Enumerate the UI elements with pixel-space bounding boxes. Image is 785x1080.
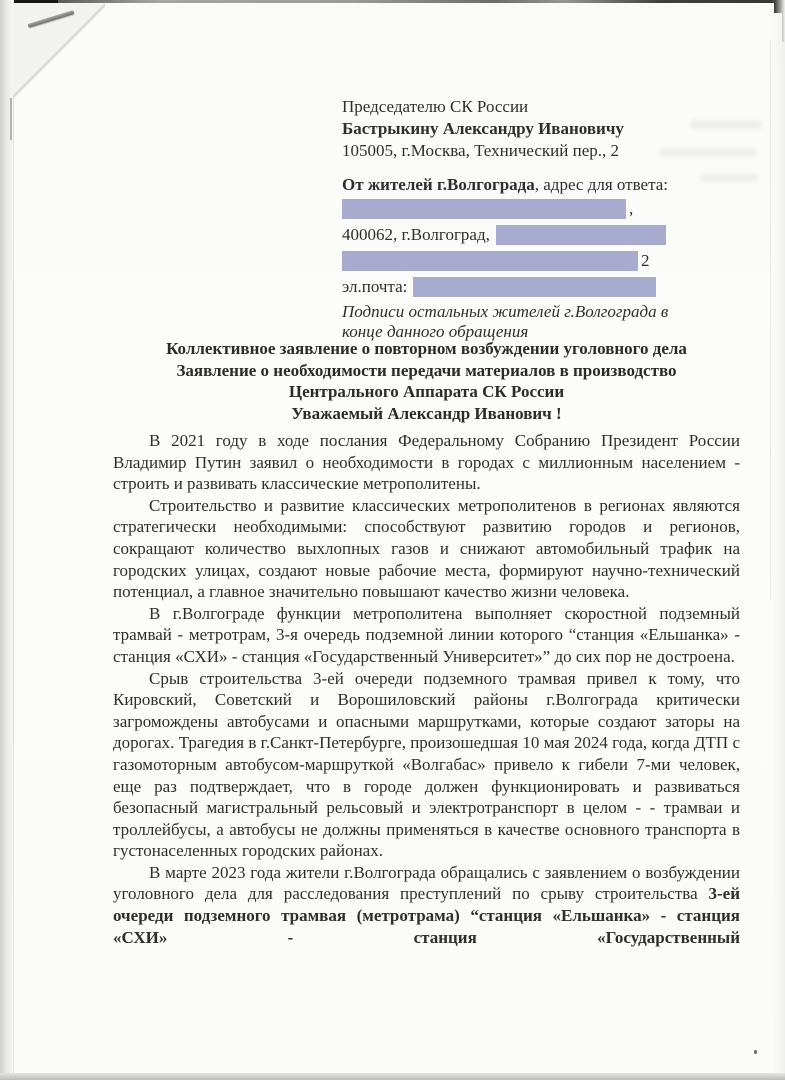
scanned-letter-page: Председателю СК России Бастрыкину Алекса… <box>0 0 785 1080</box>
redaction-bar <box>413 277 656 297</box>
redaction-suffix: , <box>629 198 633 220</box>
paragraph-2: Строительство и развитие классических ме… <box>113 495 740 603</box>
redaction-bar <box>342 199 626 219</box>
sender-city: 400062, г.Волгоград, <box>342 224 490 246</box>
paragraph-text: Срыв строительства 3-ей очереди подземно… <box>113 669 740 861</box>
scan-edge-right-line <box>770 40 771 600</box>
title-line-1: Коллективное заявление о повторном возбу… <box>113 338 740 360</box>
paragraph-text: В 2021 году в ходе послания Федеральному… <box>113 431 740 493</box>
redaction-bar <box>342 251 638 271</box>
recipient-name: Бастрыкину Александру Ивановичу <box>342 118 714 140</box>
paragraph-text: В марте 2023 года жители г.Волгограда об… <box>113 863 740 904</box>
scan-edge-bottom <box>0 1073 785 1080</box>
recipient-address-block: Председателю СК России Бастрыкину Алекса… <box>342 96 714 162</box>
sender-from-rest: , адрес для ответа: <box>535 175 668 194</box>
redaction-bar <box>496 225 666 245</box>
redacted-row-3: 2 <box>342 248 714 274</box>
signatures-note: Подписи остальных жителей г.Волгограда в… <box>342 302 694 342</box>
sender-from-line: От жителей г.Волгограда, адрес для ответ… <box>342 174 714 196</box>
salutation: Уважаемый Александр Иванович ! <box>113 404 740 424</box>
recipient-postal-address: 105005, г.Москва, Технический пер., 2 <box>342 140 714 162</box>
scan-edge-left <box>0 0 13 1080</box>
title-line-3: Центрального Аппарата СК России <box>113 381 740 403</box>
redacted-row-2: 400062, г.Волгоград, <box>342 222 714 248</box>
paragraph-3: В г.Волгограде функции метрополитена вып… <box>113 603 740 668</box>
scan-edge-left-scratch <box>10 98 12 140</box>
sender-address-block: От жителей г.Волгограда, адрес для ответ… <box>342 174 714 342</box>
recipient-title: Председателю СК России <box>342 96 714 118</box>
paragraph-text: Строительство и развитие классических ме… <box>113 496 740 601</box>
scan-edge-left-line <box>13 0 14 1080</box>
letter-body: В 2021 году в ходе послания Федеральному… <box>113 430 740 948</box>
scan-edge-top <box>0 0 785 3</box>
scan-edge-right <box>772 0 785 1080</box>
title-line-2: Заявление о необходимости передачи матер… <box>113 360 740 382</box>
paragraph-4: Срыв строительства 3-ей очереди подземно… <box>113 668 740 862</box>
paragraph-text: В г.Волгограде функции метрополитена вып… <box>113 604 740 666</box>
redacted-row-1: , <box>342 196 714 222</box>
redaction-suffix: 2 <box>641 250 650 272</box>
paragraph-5: В марте 2023 года жители г.Волгограда об… <box>113 862 740 948</box>
sender-from-bold: От жителей г.Волгограда <box>342 175 535 194</box>
paragraph-1: В 2021 году в ходе послания Федеральному… <box>113 430 740 495</box>
letter-title-block: Коллективное заявление о повторном возбу… <box>113 338 740 403</box>
redacted-row-4: эл.почта: <box>342 274 714 300</box>
scan-speck <box>754 1050 757 1054</box>
email-label: эл.почта: <box>342 276 407 298</box>
